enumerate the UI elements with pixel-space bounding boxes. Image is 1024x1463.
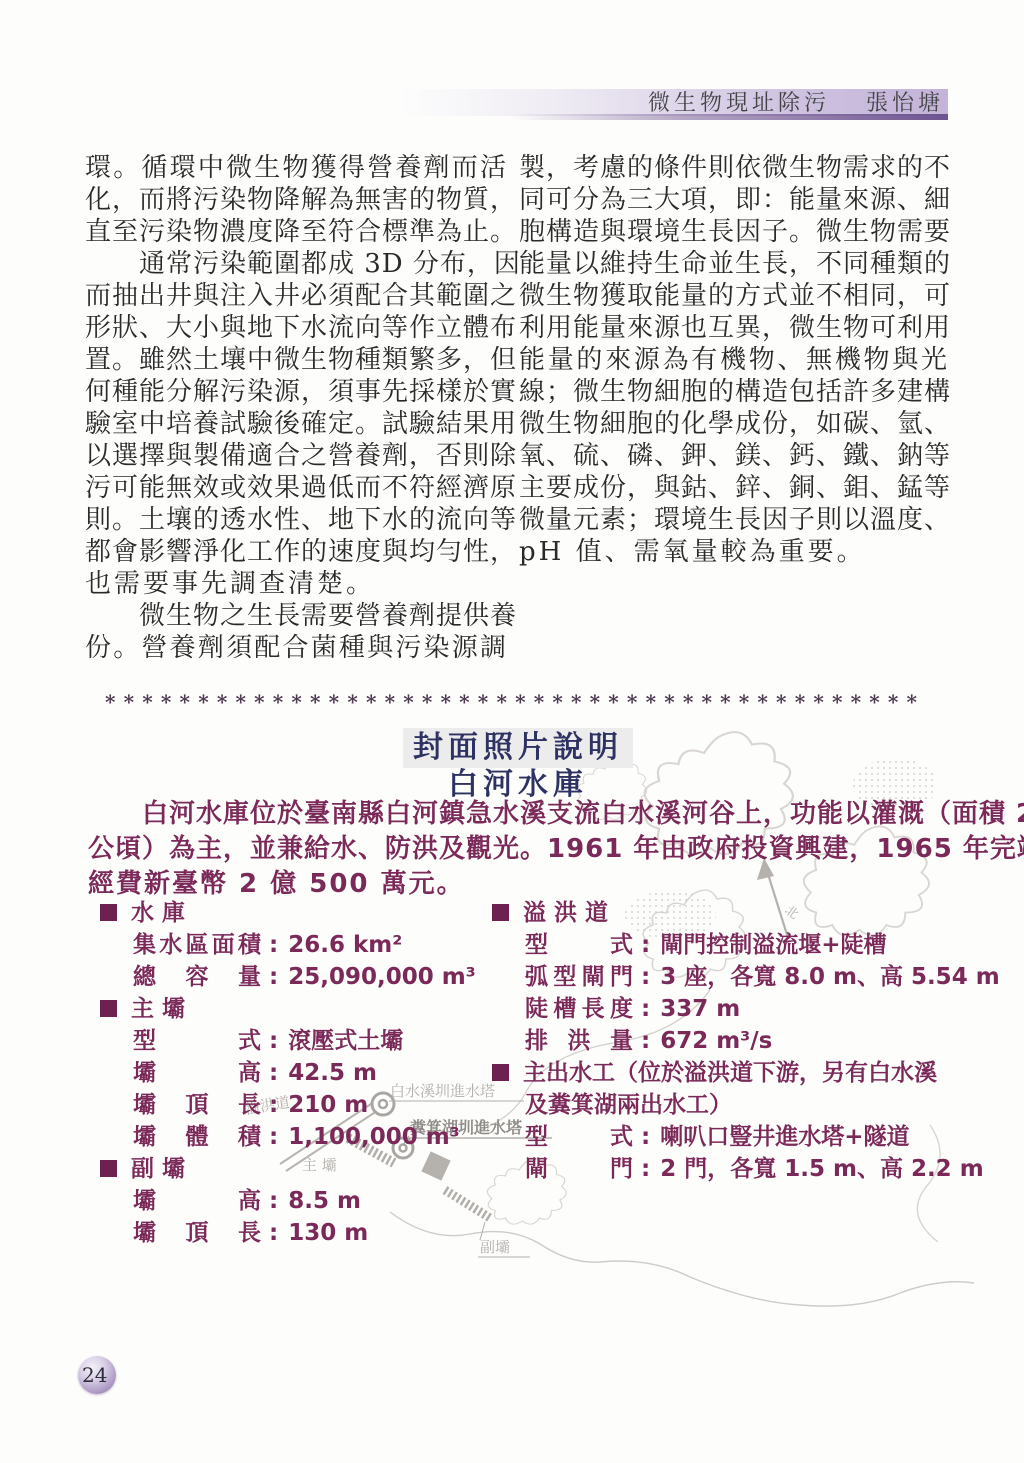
spec-header-main-dam: 主 壩: [100, 993, 498, 1025]
spec-header-reservoir: 水 庫: [100, 897, 498, 929]
article-line: 置。雖然土壤中微生物種類繁多，但: [85, 344, 507, 376]
article-column-left: 環。循環中微生物獲得營養劑而活 化，而將污染物降解為無害的物質， 直至污染物濃度…: [85, 152, 507, 664]
article-line: 通常污染範圍都成 3D 分布，因: [85, 248, 507, 280]
page-number: 24: [82, 1363, 107, 1387]
spec-header-aux-dam: 副 壩: [100, 1153, 498, 1185]
spec-row: 型式:滾壓式土壩: [100, 1025, 498, 1057]
spec-row: 壩頂長:210 m: [100, 1089, 498, 1121]
article-line: 同可分為三大項，即：能量來源、細: [519, 184, 948, 216]
article-line: 微生物之生長需要營養劑提供養: [85, 600, 507, 632]
asterisk-separator: * * * * * * * * * * * * * * * * * * * * …: [105, 690, 917, 714]
article-line: 主要成份，與鈷、鋅、銅、鉬、錳等: [519, 472, 948, 504]
article-line: 微生物獲取能量的方式並不相同，可: [519, 280, 948, 312]
bullet-square-icon: [100, 1160, 117, 1177]
intro-line: 白河水庫位於臺南縣白河鎮急水溪支流白水溪河谷上，功能以灌溉（面積 2,900: [88, 797, 948, 832]
article-line: 微生物細胞的化學成份，如碳、氫、: [519, 408, 948, 440]
article-line: 利用能量來源也互異，微生物可利用: [519, 312, 948, 344]
article-line: 都會影響淨化工作的速度與均勻性，: [85, 536, 507, 568]
article-column-right: 製，考慮的條件則依微生物需求的不 同可分為三大項，即：能量來源、細 胞構造與環境…: [519, 152, 948, 568]
article-line: 污可能無效或效果過低而不符經濟原: [85, 472, 507, 504]
spec-row: 陡槽長度:337 m: [492, 993, 960, 1025]
article-line: 胞構造與環境生長因子。微生物需要: [519, 216, 948, 248]
article-line: 製，考慮的條件則依微生物需求的不: [519, 152, 948, 184]
bullet-square-icon: [492, 1064, 509, 1081]
spec-header-main-outlet: 主出水工（位於溢洪道下游，另有白水溪: [492, 1057, 960, 1089]
article-line: pH 值、需氧量較為重要。: [519, 536, 948, 568]
article-line: 微量元素；環境生長因子則以溫度、: [519, 504, 948, 536]
spec-row: 壩體積:1,100,000 m³: [100, 1121, 498, 1153]
article-line: 能量的來源為有機物、無機物與光: [519, 344, 948, 376]
article-line: 以選擇與製備適合之營養劑，否則除: [85, 440, 507, 472]
article-line: 份。營養劑須配合菌種與污染源調: [85, 632, 507, 664]
article-line: 則。土壤的透水性、地下水的流向等: [85, 504, 507, 536]
article-line: 能量以維持生命並生長，不同種類的: [519, 248, 948, 280]
running-header: 微生物現址除污張怡塘: [648, 86, 944, 117]
spec-row: 壩高:8.5 m: [100, 1185, 498, 1217]
specs-list-left: 水 庫 集水區面積:26.6 km² 總容量:25,090,000 m³ 主 壩…: [100, 897, 498, 1249]
article-line: 形狀、大小與地下水流向等作立體布: [85, 312, 507, 344]
spec-row: 弧型閘門:3 座，各寬 8.0 m、高 5.54 m: [492, 961, 960, 993]
reservoir-intro: 白河水庫位於臺南縣白河鎮急水溪支流白水溪河谷上，功能以灌溉（面積 2,900 公…: [88, 797, 948, 902]
article-line: 線；微生物細胞的構造包括許多建構: [519, 376, 948, 408]
spec-row: 壩頂長:130 m: [100, 1217, 498, 1249]
bullet-square-icon: [100, 1000, 117, 1017]
article-line: 化，而將污染物降解為無害的物質，: [85, 184, 507, 216]
spec-row: 集水區面積:26.6 km²: [100, 929, 498, 961]
spec-row: 閘門:2 門，各寬 1.5 m、高 2.2 m: [492, 1153, 960, 1185]
page-number-badge: 24: [78, 1356, 116, 1394]
article-line: 也需要事先調查清楚。: [85, 568, 507, 600]
article-title: 微生物現址除污: [648, 91, 830, 116]
bullet-square-icon: [492, 904, 509, 921]
spec-row: 壩高:42.5 m: [100, 1057, 498, 1089]
spec-header-continuation: 及糞箕湖兩出水工）: [492, 1089, 960, 1121]
article-line: 氧、硫、磷、鉀、鎂、鈣、鐵、鈉等: [519, 440, 948, 472]
specs-list-right: 溢 洪 道 型式:閘門控制溢流堰+陡槽 弧型閘門:3 座，各寬 8.0 m、高 …: [492, 897, 960, 1185]
intro-line: 公頃）為主，並兼給水、防洪及觀光。1961 年由政府投資興建，1965 年完竣，…: [88, 832, 948, 867]
article-line: 環。循環中微生物獲得營養劑而活: [85, 152, 507, 184]
spec-row: 總容量:25,090,000 m³: [100, 961, 498, 993]
spec-row: 排洪量:672 m³/s: [492, 1025, 960, 1057]
author-name: 張怡塘: [866, 91, 944, 116]
article-line: 而抽出井與注入井必須配合其範圍之: [85, 280, 507, 312]
article-line: 何種能分解污染源，須事先採樣於實: [85, 376, 507, 408]
bullet-square-icon: [100, 904, 117, 921]
spec-header-spillway: 溢 洪 道: [492, 897, 960, 929]
article-line: 直至污染物濃度降至符合標準為止。: [85, 216, 507, 248]
spec-row: 型式:喇叭口豎井進水塔+隧道: [492, 1121, 960, 1153]
spec-row: 型式:閘門控制溢流堰+陡槽: [492, 929, 960, 961]
article-line: 驗室中培養試驗後確定。試驗結果用: [85, 408, 507, 440]
